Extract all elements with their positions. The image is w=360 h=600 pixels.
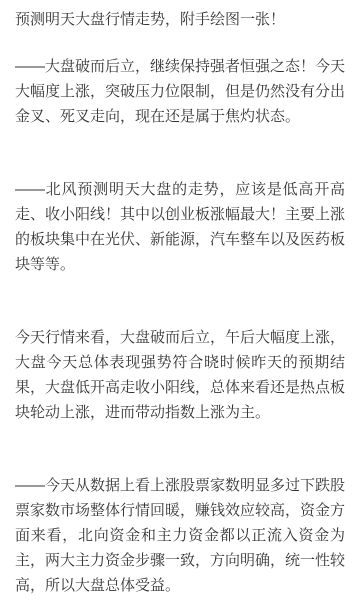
article-body: 预测明天大盘行情走势，附手绘图一张！ ——大盘破而后立，继续保持强者恒强之态！今… — [0, 0, 360, 598]
paragraph-today-review: 今天行情来看，大盘破而后立，午后大幅度上涨，大盘今天总体表现强势符合晓时候昨天的… — [15, 325, 345, 425]
article-title: 预测明天大盘行情走势，附手绘图一张！ — [15, 7, 345, 32]
paragraph-market-status: ——大盘破而后立，继续保持强者恒强之态！今天大幅度上涨，突破压力位限制，但是仍然… — [15, 54, 345, 129]
paragraph-data-analysis: ——今天从数据上看上涨股票家数明显多过下跌股票家数市场整体行情回暖，赚钱效应较高… — [15, 473, 345, 598]
paragraph-forecast: ——北风预测明天大盘的走势，应该是低高开高走、收小阳线！其中以创业板涨幅最大！主… — [15, 177, 345, 277]
